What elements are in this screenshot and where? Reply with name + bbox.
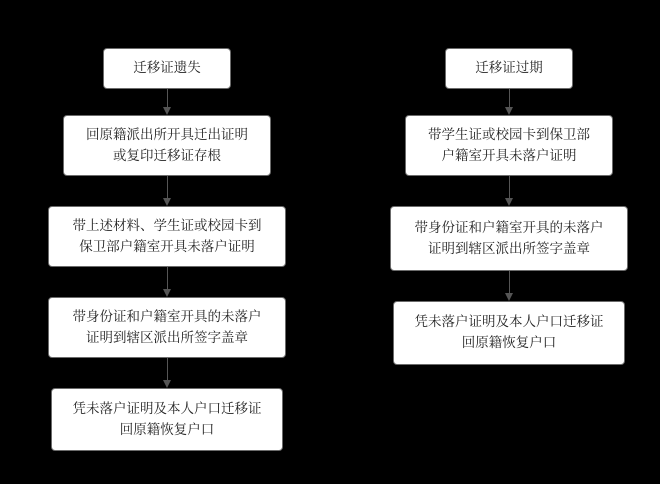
arrowhead-icon	[163, 289, 171, 297]
node-text: 保卫部户籍室开具未落户证明	[73, 237, 262, 258]
edge-r2-r3	[509, 176, 510, 199]
node-text: 带上述材料、学生证或校园卡到	[73, 216, 262, 237]
node-expired-step-1: 带学生证或校园卡到保卫部 户籍室开具未落户证明	[405, 115, 613, 176]
node-lost-permit-start: 迁移证遗失	[103, 48, 231, 89]
arrowhead-icon	[505, 293, 513, 301]
arrowhead-icon	[163, 380, 171, 388]
node-text: 迁移证过期	[475, 58, 543, 79]
node-lost-step-3: 带身份证和户籍室开具的未落户 证明到辖区派出所签字盖章	[48, 297, 286, 358]
node-text: 凭未落户证明及本人户口迁移证	[73, 399, 262, 420]
node-text: 回原籍恢复户口	[73, 420, 262, 441]
node-text: 或复印迁移证存根	[86, 146, 248, 167]
node-text: 回原籍派出所开具迁出证明	[86, 125, 248, 146]
node-text: 回原籍恢复户口	[415, 333, 604, 354]
node-text: 证明到辖区派出所签字盖章	[73, 328, 262, 349]
node-text: 证明到辖区派出所签字盖章	[415, 239, 604, 260]
node-expired-step-2: 带身份证和户籍室开具的未落户 证明到辖区派出所签字盖章	[390, 206, 628, 271]
edge-r3-r4	[509, 271, 510, 294]
edge-l3-l4	[167, 267, 168, 290]
node-expired-permit-start: 迁移证过期	[445, 48, 573, 89]
node-text: 带身份证和户籍室开具的未落户	[415, 218, 604, 239]
arrowhead-icon	[505, 198, 513, 206]
node-lost-step-1: 回原籍派出所开具迁出证明 或复印迁移证存根	[63, 115, 271, 176]
node-text: 户籍室开具未落户证明	[428, 146, 590, 167]
node-text: 带身份证和户籍室开具的未落户	[73, 307, 262, 328]
edge-l1-l2	[167, 89, 168, 108]
node-text: 迁移证遗失	[133, 58, 201, 79]
edge-l2-l3	[167, 176, 168, 199]
arrowhead-icon	[163, 198, 171, 206]
node-text: 凭未落户证明及本人户口迁移证	[415, 312, 604, 333]
node-lost-step-2: 带上述材料、学生证或校园卡到 保卫部户籍室开具未落户证明	[48, 206, 286, 267]
node-lost-step-4: 凭未落户证明及本人户口迁移证 回原籍恢复户口	[51, 388, 283, 451]
arrowhead-icon	[505, 107, 513, 115]
edge-r1-r2	[509, 89, 510, 108]
node-expired-step-3: 凭未落户证明及本人户口迁移证 回原籍恢复户口	[393, 301, 625, 365]
edge-l4-l5	[167, 358, 168, 381]
node-text: 带学生证或校园卡到保卫部	[428, 125, 590, 146]
arrowhead-icon	[163, 107, 171, 115]
